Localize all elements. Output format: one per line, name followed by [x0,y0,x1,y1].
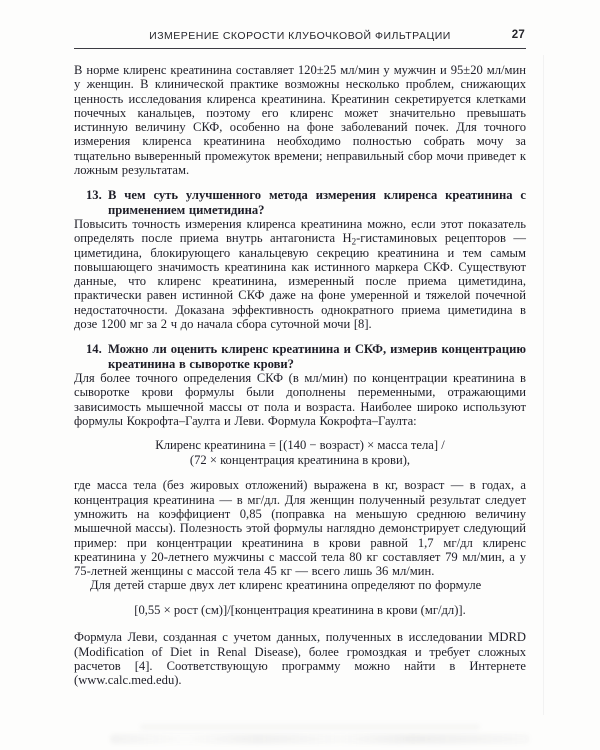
intro-paragraph: В норме клиренс креатинина составляет 12… [74,63,526,177]
answer-14-paragraph-1: Для более точного определения СКФ (в мл/… [74,371,526,428]
formula-line-1: Клиренс креатинина = [(140 − возраст) × … [74,438,526,453]
scan-ghost-artifact [110,734,530,744]
book-page: ИЗМЕРЕНИЕ СКОРОСТИ КЛУБОЧКОВОЙ ФИЛЬТРАЦИ… [0,0,600,750]
scan-edge-shadow [543,55,544,715]
question-13-number: 13. [86,188,102,202]
answer-13-text-post: -гистаминовых рецепторов — циметидина, б… [74,231,526,331]
answer-14-paragraph-2: где масса тела (без жировых отложений) в… [74,478,526,578]
formula-line: [0,55 × рост (см)]/[концентрация креатин… [74,603,526,618]
question-14-heading: 14.Можно ли оценить клиренс креатинина и… [74,342,526,371]
running-header: ИЗМЕРЕНИЕ СКОРОСТИ КЛУБОЧКОВОЙ ФИЛЬТРАЦИ… [74,30,526,49]
question-14-title: Можно ли оценить клиренс креатинина и СК… [108,342,526,370]
question-13-title: В чем суть улучшенного метода измерения … [108,188,526,216]
page-number: 27 [512,29,525,41]
scan-ghost-artifact-2 [140,724,480,730]
formula-line-2: (72 × концентрация креатинина в крови), [74,453,526,468]
running-header-title: ИЗМЕРЕНИЕ СКОРОСТИ КЛУБОЧКОВОЙ ФИЛЬТРАЦИ… [149,30,451,42]
text-block: ИЗМЕРЕНИЕ СКОРОСТИ КЛУБОЧКОВОЙ ФИЛЬТРАЦИ… [74,0,526,687]
question-14-number: 14. [86,342,102,356]
children-clearance-formula: [0,55 × рост (см)]/[концентрация креатин… [74,603,526,618]
answer-13-paragraph: Повысить точность измерения клиренса кре… [74,217,526,331]
answer-14-paragraph-4: Формула Леви, созданная с учетом данных,… [74,630,526,687]
cockcroft-gault-formula: Клиренс креатинина = [(140 − возраст) × … [74,438,526,467]
question-13-heading: 13.В чем суть улучшенного метода измерен… [74,188,526,217]
body-copy: В норме клиренс креатинина составляет 12… [74,63,526,687]
answer-14-paragraph-3: Для детей старше двух лет клиренс креати… [74,578,526,592]
